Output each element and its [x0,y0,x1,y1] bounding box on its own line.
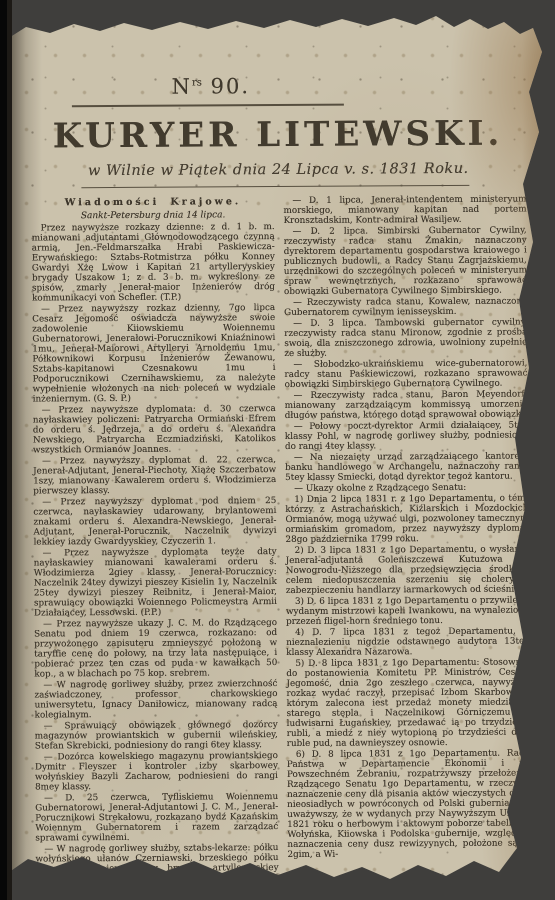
left-column: Wiadomości Krajowe. Sankt-Petersburg dni… [31,196,278,900]
paragraph: — Sprawuiący obowiązek głównego dozórcy … [35,720,278,751]
paragraph: — W nagrodę gorliwey służby, sztabs-leka… [35,843,278,900]
article-dateline: Sankt-Petersburg dnia 14 lipca. [32,210,275,221]
paragraph: 5) D. 8 lipca 1831 z 1go Departamentu: S… [286,657,530,748]
paragraph: — Przez naywyższy rozkaz dzienny, 7go li… [32,303,276,404]
newspaper-title: KURYER LITEWSKI. [10,113,546,156]
paragraph: — Dozórca kowelskiego magazynu prowiants… [35,751,278,792]
paragraph: 2) D. 3 lipca 1831 z 1go Departamentu, o… [286,544,529,595]
printed-area: Nrs 90. KURYER LITEWSKI. w Wilnie w Piąt… [9,0,550,900]
paragraph: — Przez naywyższy dyplomat d. 22 czerwca… [33,455,276,496]
paragraph: 3) D. 6 lipca 1831 z 1go Departamentu o … [286,595,529,626]
section-header: Wiadomości Krajowe. [31,197,274,208]
article-columns: Wiadomości Krajowe. Sankt-Petersburg dni… [10,185,550,900]
paragraph: — D. 3 lipca. Tambowski gubernator cywil… [284,317,527,358]
paragraph: — Na niezaięty urząd zarządzaiącego kant… [285,451,528,482]
issue-superscript: rs [192,77,202,88]
left-column-body: Przez naywyższe rozkazy dzienne: z d. 1 … [32,222,279,900]
right-column: — D. 1 lipca, Jenerał-intendentem minist… [283,194,530,860]
paragraph: — Rzeczywisty radca stanu, Baron Meyendo… [285,389,528,420]
right-column-body: — D. 1 lipca, Jenerał-intendentem minist… [283,194,530,859]
masthead-divider-top [72,104,344,108]
issue-value: 90. [210,74,250,98]
paragraph: — Rzeczywisty radca stanu, Kowalew, nazn… [284,296,527,317]
paragraph: — Przez naywyższy dyplomat pod dniem 25 … [33,496,276,547]
paragraph: — D. 1 lipca, Jenerał-intendentem minist… [283,194,526,225]
paragraph: 1) Dnia 2 lipca 1831 r. z 1go Departamen… [285,493,528,544]
paragraph: — D. 25 czerwca, Tyfliskiemu Woiennemu G… [35,792,278,843]
paragraph: — Przez naywyższe dyplomata teyże daty n… [34,547,277,618]
paragraph: — Przez naywyższe dyplomata: d. 30 czerw… [33,404,276,455]
publication-dateline: w Wilnie w Piątek dnia 24 Lipca v. s. 18… [10,160,546,179]
paragraph: — W nagrodę gorliwey służby, przez zwier… [34,679,277,720]
paragraph: — Słobodzko-ukraińskiemu wice-gubernator… [284,358,527,389]
paragraph: 6) D. 8 lipca 1831 z 1go Departamentu. R… [287,748,531,859]
issue-number: Nrs 90. [10,73,412,99]
paragraph: — Przez naywyższe ukazy J. C. M. do Rząd… [34,618,277,679]
paragraph: — Połowy poczt-dyrektor Armii działaiące… [285,420,528,451]
masthead: Nrs 90. KURYER LITEWSKI. w Wilnie w Piąt… [9,0,546,189]
book-spine-strip [0,0,12,900]
newspaper-page: Nrs 90. KURYER LITEWSKI. w Wilnie w Piąt… [12,0,548,900]
paragraph: — Ukazy okolne z Rządzącego Senatu: [285,482,528,493]
issue-prefix: N [172,75,193,99]
paragraph: 4) D. 7 lipca 1831 z tegoż Departamentu,… [286,626,529,657]
paragraph: — D. 2 lipca. Simbirski Gubernator Cywil… [284,225,527,296]
paragraph: Przez naywyższe rozkazy dzienne: z d. 1 … [32,222,275,303]
